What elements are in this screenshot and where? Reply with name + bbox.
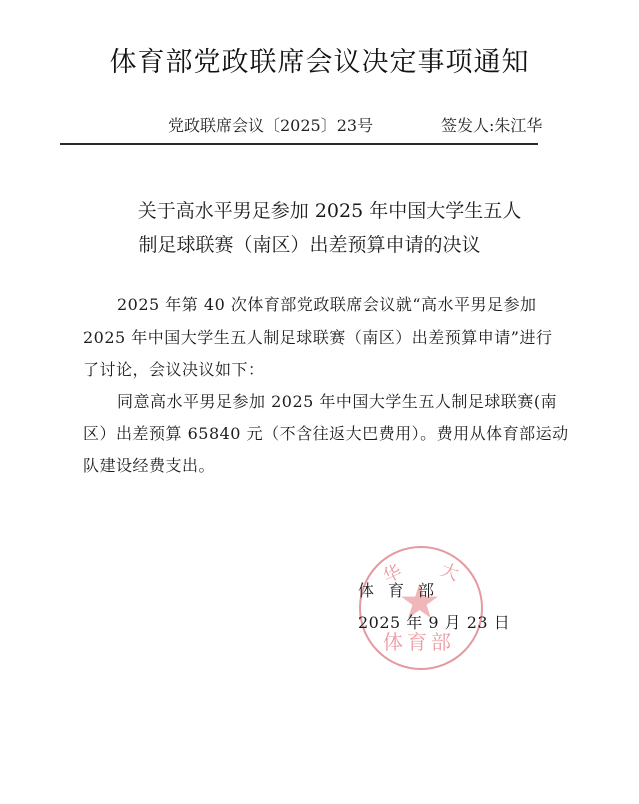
signer: 签发人:朱江华: [441, 113, 542, 136]
paragraph-1-line-1: 2025 年第 40 次体育部党政联席会议就“高水平男足参加: [117, 292, 537, 315]
paragraph-2-line-2: 区）出差预算 65840 元（不含往返大巴费用）。费用从体育部运动: [83, 421, 569, 444]
subject-line-1: 关于高水平男足参加 2025 年中国大学生五人: [10, 196, 639, 223]
paragraph-2-line-1: 同意高水平男足参加 2025 年中国大学生五人制足球联赛(南: [117, 389, 557, 412]
document-title: 体育部党政联席会议决定事项通知: [0, 40, 639, 79]
header-divider: [60, 143, 538, 145]
paragraph-1-line-2: 2025 年中国大学生五人制足球联赛（南区）出差预算申请”进行: [83, 325, 553, 348]
document-number: 党政联席会议〔2025〕23号: [168, 113, 373, 136]
paragraph-2-line-3: 队建设经费支出。: [83, 453, 215, 476]
paragraph-1-line-3: 了讨论，会议决议如下：: [83, 357, 265, 380]
official-seal: ★ 华 大 体育部: [359, 546, 483, 670]
subject-line-2: 制足球联赛（南区）出差预算申请的决议: [0, 230, 629, 257]
signature-date: 2025 年 9 月 23 日: [358, 610, 510, 633]
signature-organization: 体育部: [358, 578, 448, 601]
